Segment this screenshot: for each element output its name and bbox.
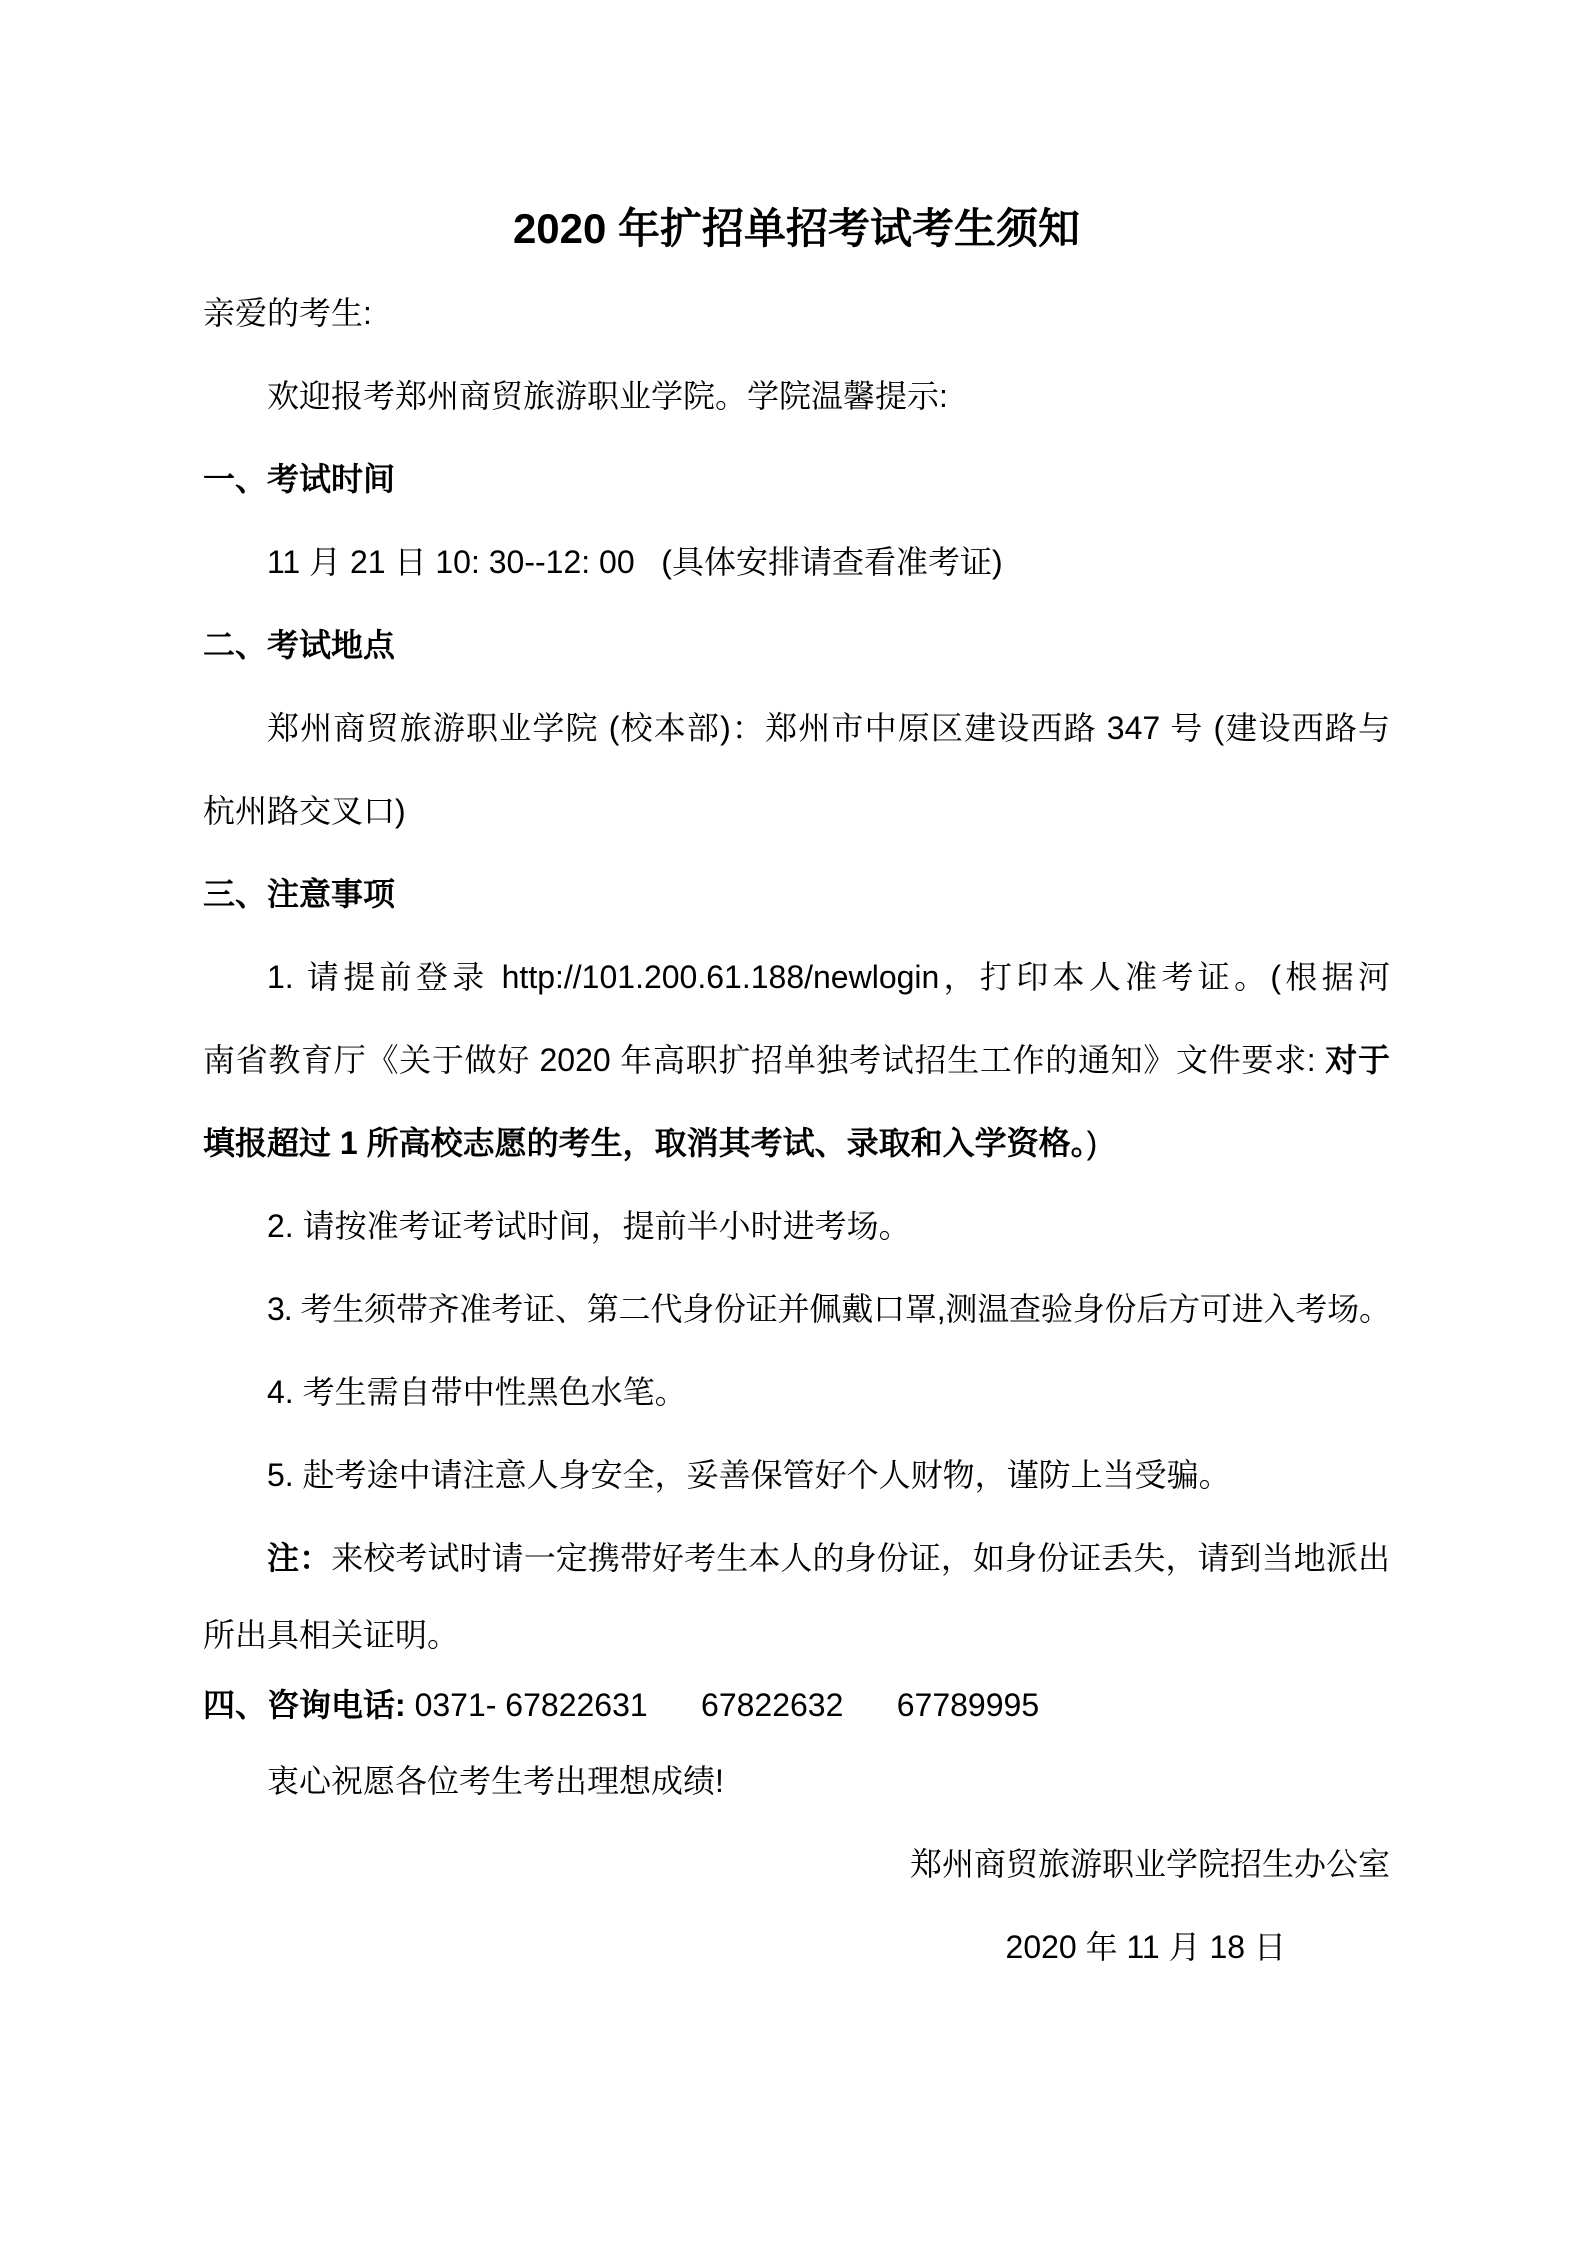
section3-heading: 三、注意事项	[203, 853, 1390, 936]
section2-heading: 二、考试地点	[203, 604, 1390, 687]
salutation: 亲爱的考生:	[203, 272, 1390, 355]
closing-signature: 郑州商贸旅游职业学院招生办公室	[203, 1823, 1390, 1906]
document-title: 2020 年扩招单招考试考生须知	[203, 186, 1390, 272]
note-item1-line3: 填报超过 1 所高校志愿的考生，取消其考试、录取和入学资格。)	[203, 1102, 1390, 1185]
note-item1-line2-bold: 对于	[1325, 1042, 1390, 1078]
exam-address-line1: 郑州商贸旅游职业学院 (校本部)：郑州市中原区建设西路 347 号 (建设西路与	[203, 687, 1390, 770]
section4-heading: 四、咨询电话:	[203, 1687, 415, 1723]
note-item1-line3-regular: )	[1087, 1125, 1098, 1161]
exam-time-line: 11 月 21 日 10: 30--12: 00 (具体安排请查看准考证)	[203, 521, 1390, 604]
special-note-label: 注：	[267, 1540, 331, 1576]
note-item1-line1: 1. 请提前登录 http://101.200.61.188/newlogin，…	[203, 936, 1390, 1019]
special-note-text: 来校考试时请一定携带好考生本人的身份证，如身份证丢失，请到当地派出	[331, 1540, 1390, 1576]
note-item1-line3-bold: 填报超过 1 所高校志愿的考生，取消其考试、录取和入学资格。	[203, 1125, 1087, 1161]
contact-phones: 0371- 67822631 67822632 67789995	[415, 1687, 1040, 1723]
note-item5: 5. 赴考途中请注意人身安全，妥善保管好个人财物，谨防上当受骗。	[203, 1434, 1390, 1517]
note-item3: 3. 考生须带齐准考证、第二代身份证并佩戴口罩,测温查验身份后方可进入考场。	[203, 1268, 1390, 1351]
section1-heading: 一、考试时间	[203, 438, 1390, 521]
note-item1-line2: 南省教育厅《关于做好 2020 年高职扩招单独考试招生工作的通知》文件要求: 对…	[203, 1019, 1390, 1102]
note-item1-line2-regular: 南省教育厅《关于做好 2020 年高职扩招单独考试招生工作的通知》文件要求:	[203, 1042, 1325, 1078]
note-item2: 2. 请按准考证考试时间，提前半小时进考场。	[203, 1185, 1390, 1268]
closing-wish: 衷心祝愿各位考生考出理想成绩!	[203, 1740, 1390, 1823]
closing-date: 2020 年 11 月 18 日	[203, 1906, 1390, 1989]
exam-address-line2: 杭州路交叉口)	[203, 770, 1390, 853]
special-note-line2: 所出具相关证明。	[203, 1600, 1390, 1670]
section4-line: 四、咨询电话: 0371- 67822631 67822632 67789995	[203, 1670, 1390, 1740]
note-item4: 4. 考生需自带中性黑色水笔。	[203, 1351, 1390, 1434]
welcome-line: 欢迎报考郑州商贸旅游职业学院。学院温馨提示:	[203, 355, 1390, 438]
document-page: 2020 年扩招单招考试考生须知 亲爱的考生: 欢迎报考郑州商贸旅游职业学院。学…	[0, 0, 1587, 2245]
special-note-line1: 注：来校考试时请一定携带好考生本人的身份证，如身份证丢失，请到当地派出	[203, 1517, 1390, 1600]
